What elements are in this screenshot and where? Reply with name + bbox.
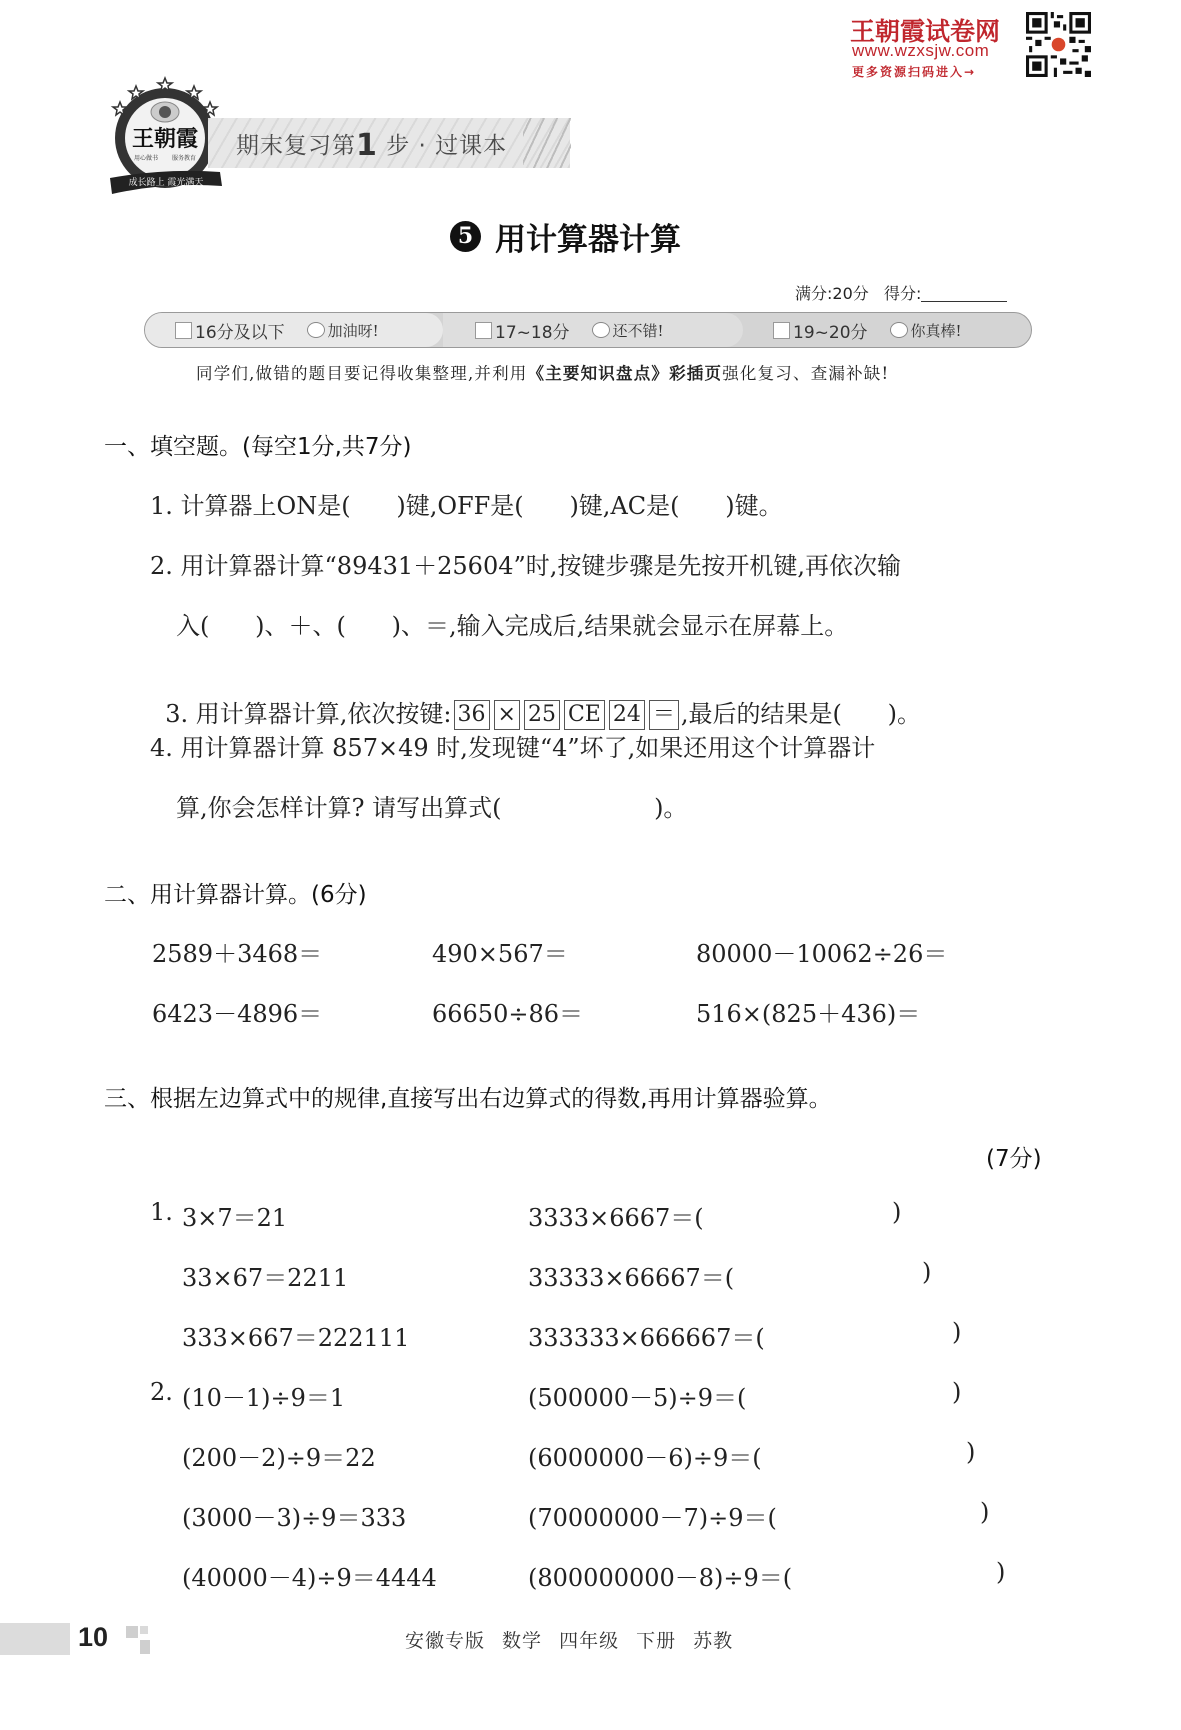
pattern-left: 3×7＝21	[182, 1198, 287, 1233]
answer-close-paren: )	[922, 1258, 931, 1286]
brand-cta: 更多资源扫码进入→	[852, 63, 976, 80]
happy-face-icon	[890, 322, 908, 338]
section3-heading: 三、根据左边算式中的规律,直接写出右边算式的得数,再用计算器验算。	[104, 1080, 832, 1113]
section2-heading: 二、用计算器计算。(6分)	[104, 876, 367, 909]
lesson-title: 用计算器计算	[495, 214, 681, 259]
checkbox[interactable]	[475, 322, 492, 339]
brand-url[interactable]: www.wzxsjw.com	[852, 41, 989, 61]
answer-close-paren: )	[892, 1198, 901, 1226]
section1-heading: 一、填空题。(每空1分,共7分)	[104, 428, 412, 461]
group2-label: 2.	[150, 1378, 173, 1406]
pattern-right: (500000－5)÷9＝(	[528, 1378, 746, 1413]
lesson-number-badge: 5	[450, 221, 481, 252]
pattern-left: 333×667＝222111	[182, 1318, 409, 1353]
banner-text: 期末复习第1 步 · 过课本	[236, 127, 507, 163]
banner-suffix: 步 · 过课本	[386, 133, 507, 159]
pattern-right: (6000000－6)÷9＝(	[528, 1438, 762, 1473]
note-highlight: 《主要知识盘点》彩插页	[528, 364, 723, 383]
question-1: 1. 计算器上ON是( )键,OFF是( )键,AC是( )键。	[150, 486, 783, 521]
answer-close-paren: )	[996, 1558, 1005, 1586]
review-step-banner: 期末复习第1 步 · 过课本	[208, 118, 570, 168]
svg-text:成长路上 霞光满天: 成长路上 霞光满天	[129, 176, 204, 188]
calc-item: 2589＋3468＝	[152, 934, 322, 969]
question-3: 3. 用计算器计算,依次按键:36×25CE24＝,最后的结果是( )。	[150, 666, 921, 730]
key-24: 24	[609, 700, 645, 730]
calc-item: 516×(825＋436)＝	[696, 994, 920, 1029]
footer-decoration	[126, 1626, 138, 1638]
neutral-face-icon	[592, 322, 610, 338]
banner-stripes	[523, 118, 571, 168]
checkbox[interactable]	[773, 322, 790, 339]
banner-step-number: 1	[356, 128, 378, 163]
pattern-left: 33×67＝2211	[182, 1258, 348, 1293]
qr-code-icon[interactable]	[1026, 12, 1091, 77]
pattern-right: 3333×6667＝(	[528, 1198, 704, 1233]
key-36: 36	[454, 700, 490, 730]
key-25: 25	[524, 700, 560, 730]
edition-info: 安徽专版 数学 四年级 下册 苏教	[405, 1626, 733, 1653]
score-blank-field[interactable]	[921, 285, 1007, 302]
pattern-left: (10－1)÷9＝1	[182, 1378, 345, 1413]
rating-option-high[interactable]: 19~20分 你真棒!	[743, 313, 1031, 347]
question-2-line1: 2. 用计算器计算“89431＋25604”时,按键步骤是先按开机键,再依次输	[150, 546, 901, 581]
calc-item: 66650÷86＝	[432, 994, 583, 1029]
pattern-left: (200－2)÷9＝22	[182, 1438, 376, 1473]
rating-range: 16分及以下	[195, 318, 285, 343]
svg-text:服务教育: 服务教育	[172, 154, 196, 162]
publisher-logo: 王朝霞 用心做书 服务教育 成长路上 霞光满天	[106, 74, 224, 206]
logo-emblem-icon: 王朝霞 用心做书 服务教育 成长路上 霞光满天	[106, 74, 224, 206]
answer-close-paren: )	[952, 1378, 961, 1406]
pattern-left: (3000－3)÷9＝333	[182, 1498, 406, 1533]
pattern-right: (800000000－8)÷9＝(	[528, 1558, 792, 1593]
page-number: 10	[78, 1622, 108, 1653]
section3-points: (7分)	[986, 1140, 1042, 1173]
calc-item: 80000－10062÷26＝	[696, 934, 947, 969]
answer-close-paren: )	[952, 1318, 961, 1346]
checkbox[interactable]	[175, 322, 192, 339]
footer-decoration	[140, 1640, 150, 1654]
footer-bar	[0, 1623, 70, 1655]
review-note: 同学们,做错的题目要记得收集整理,并利用《主要知识盘点》彩插页强化复习、查漏补缺…	[196, 360, 889, 384]
rating-message: 还不错!	[613, 320, 664, 341]
question-3-suffix: ,最后的结果是( )。	[681, 700, 921, 728]
svg-text:用心做书: 用心做书	[134, 154, 158, 162]
answer-close-paren: )	[966, 1438, 975, 1466]
pattern-right: 333333×666667＝(	[528, 1318, 765, 1353]
page-title: 5 用计算器计算	[450, 216, 681, 256]
key-equals: ＝	[649, 700, 679, 730]
svg-text:王朝霞: 王朝霞	[132, 126, 198, 152]
crying-face-icon	[307, 322, 325, 338]
pattern-right: (70000000－7)÷9＝(	[528, 1498, 777, 1533]
group1-label: 1.	[150, 1198, 173, 1226]
rating-message: 加油呀!	[328, 320, 379, 341]
key-multiply: ×	[494, 700, 520, 730]
pattern-right: 33333×66667＝(	[528, 1258, 734, 1293]
got-score-label: 得分:	[884, 284, 921, 303]
question-3-prefix: 3. 用计算器计算,依次按键:	[165, 700, 451, 728]
rating-range: 19~20分	[793, 318, 868, 343]
rating-range: 17~18分	[495, 318, 570, 343]
note-text: 同学们,做错的题目要记得收集整理,并利用	[196, 364, 528, 383]
rating-option-low[interactable]: 16分及以下 加油呀!	[145, 313, 443, 347]
footer-decoration	[140, 1626, 148, 1634]
question-2-line2: 入( )、＋、( )、＝,输入完成后,结果就会显示在屏幕上。	[176, 606, 848, 641]
key-ce: CE	[564, 700, 605, 730]
banner-prefix: 期末复习第	[236, 133, 356, 159]
calc-item: 6423－4896＝	[152, 994, 322, 1029]
brand-header: 王朝霞试卷网 www.wzxsjw.com 更多资源扫码进入→	[850, 12, 1105, 80]
full-score: 满分:20分	[795, 284, 869, 303]
question-4-line1: 4. 用计算器计算 857×49 时,发现键“4”坏了,如果还用这个计算器计	[150, 728, 875, 763]
pattern-left: (40000－4)÷9＝4444	[182, 1558, 437, 1593]
answer-close-paren: )	[980, 1498, 989, 1526]
score-line: 满分:20分 得分:	[795, 281, 1007, 304]
self-rating-bar: 16分及以下 加油呀! 17~18分 还不错! 19~20分 你真棒!	[144, 312, 1032, 348]
note-text: 强化复习、查漏补缺!	[722, 364, 889, 383]
calc-item: 490×567＝	[432, 934, 568, 969]
rating-message: 你真棒!	[911, 320, 962, 341]
question-4-line2: 算,你会怎样计算? 请写出算式( )。	[176, 788, 687, 823]
rating-option-mid[interactable]: 17~18分 还不错!	[443, 313, 743, 347]
